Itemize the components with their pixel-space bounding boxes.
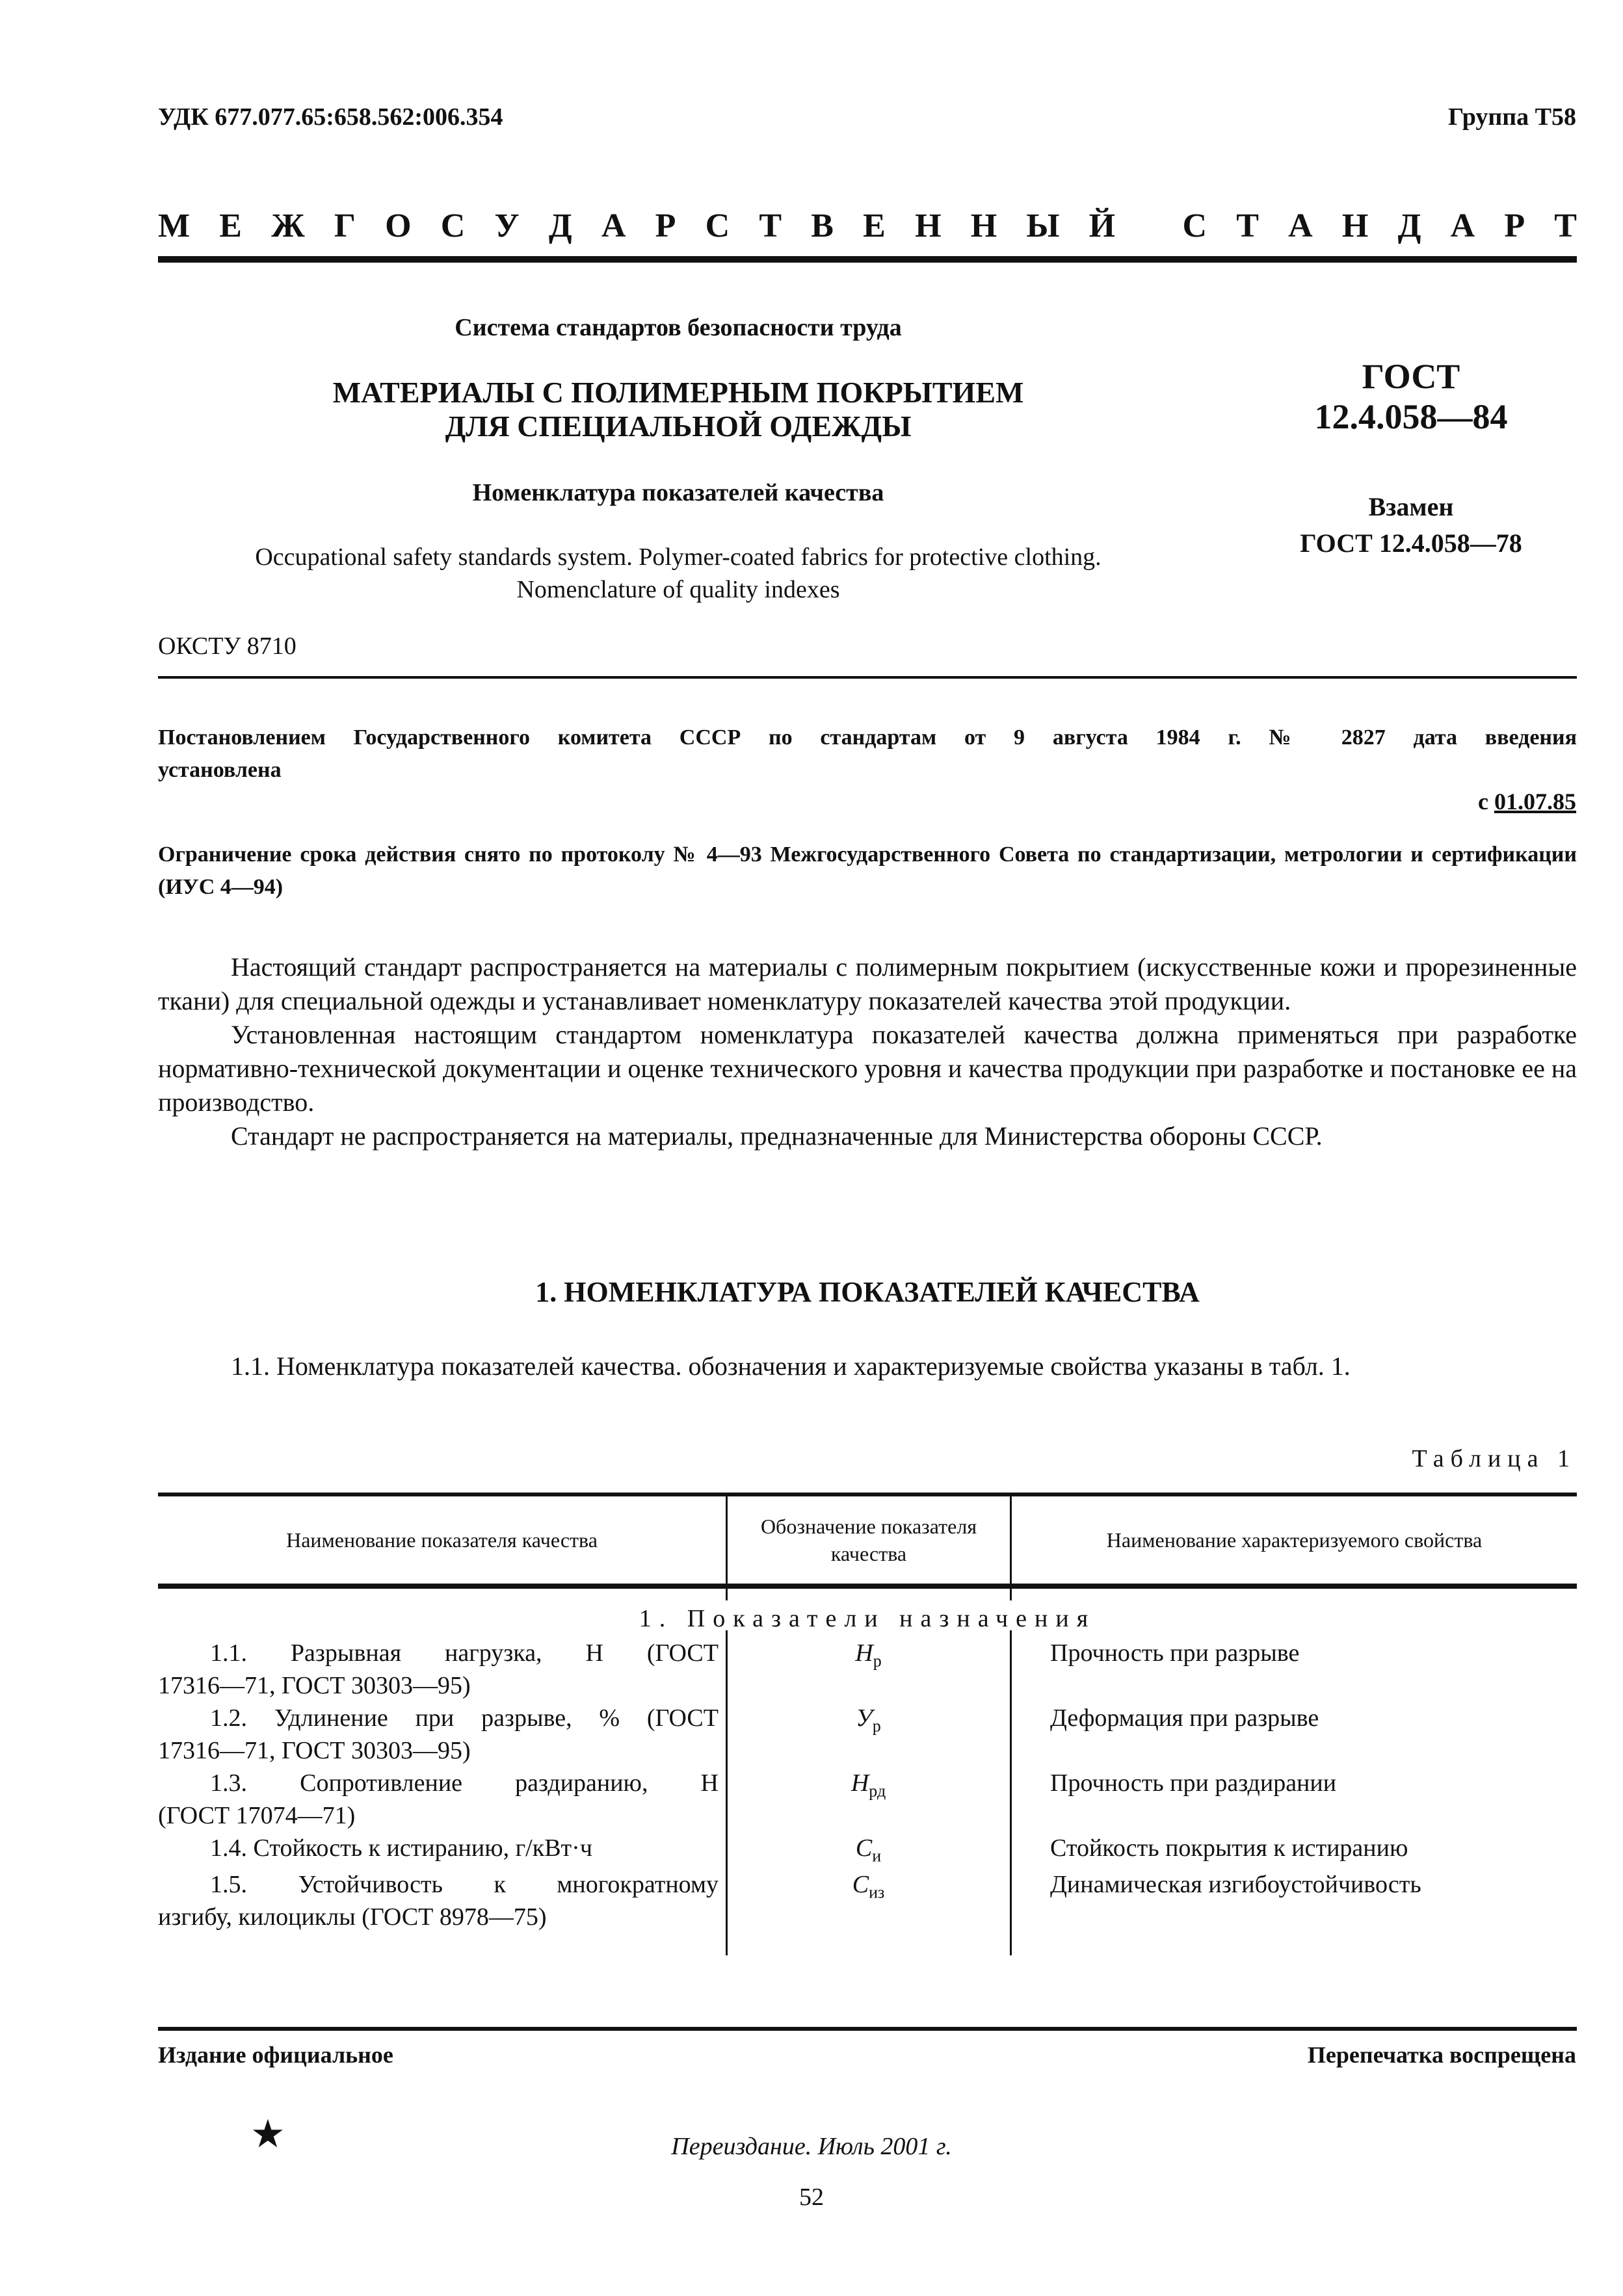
decree-line-1: Постановлением Государственного комитета… (158, 722, 1577, 754)
property-name: Прочность при раздирании (1050, 1767, 1577, 1799)
title-letter (1144, 207, 1153, 245)
table-label: Таблица 1 (1412, 1444, 1576, 1473)
title-letter: Й (1089, 207, 1115, 245)
page-number: 52 (0, 2183, 1623, 2211)
column-divider-2 (1010, 1630, 1012, 1955)
title-letter: Р (655, 207, 676, 245)
header-property-name: Наименование характеризуемого свойства (1012, 1496, 1577, 1584)
indicator-name: 1.2. Удлинение при разрыве, % (ГОСТ 1731… (158, 1702, 719, 1767)
title-line-2: ДЛЯ СПЕЦИАЛЬНОЙ ОДЕЖДЫ (158, 410, 1198, 443)
indicator-name: 1.1. Разрывная нагрузка, Н (ГОСТ 17316—7… (158, 1637, 719, 1702)
table-header-rule (158, 1584, 1577, 1589)
title-letter: А (1288, 207, 1313, 245)
replaces-number: ГОСТ 12.4.058—78 (1222, 525, 1600, 562)
title-letter: Н (1342, 207, 1368, 245)
indicator-symbol: Нрд (727, 1767, 1010, 1808)
title-letter: М (158, 207, 190, 245)
title-letter: Т (1554, 207, 1577, 245)
group-code: Группа Т58 (1448, 103, 1576, 131)
title-letter: А (1451, 207, 1475, 245)
property-name: Динамическая изгибоустойчивость (1050, 1868, 1577, 1901)
document-title: МАТЕРИАЛЫ С ПОЛИМЕРНЫМ ПОКРЫТИЕМ ДЛЯ СПЕ… (158, 376, 1198, 443)
english-title-line-1: Occupational safety standards system. Po… (158, 541, 1198, 573)
reissue-note: Переиздание. Июль 2001 г. (0, 2132, 1623, 2161)
reprint-prohibited-label: Перепечатка воспрещена (1308, 2041, 1576, 2068)
quality-indicators-table: Наименование показателя качества Обознач… (158, 1493, 1577, 1961)
document-subtitle: Номенклатура показателей качества (158, 478, 1198, 507)
title-block-rule (158, 676, 1577, 679)
title-letter: Д (1398, 207, 1421, 245)
oksty-code: ОКСТУ 8710 (158, 632, 297, 660)
intro-paragraph-1: Настоящий стандарт распространяется на м… (158, 950, 1577, 1018)
paragraph-1-1-text: 1.1. Номенклатура показателей качества. … (158, 1350, 1577, 1383)
indicator-symbol: Ур (727, 1702, 1010, 1743)
gost-label: ГОСТ (1222, 356, 1600, 397)
title-letter: Г (334, 207, 356, 245)
gost-number: 12.4.058—84 (1222, 397, 1600, 437)
title-letter: Т (759, 207, 782, 245)
title-letter: Н (971, 207, 997, 245)
indicator-symbol: Нр (727, 1637, 1010, 1678)
effective-date-value: 01.07.85 (1494, 789, 1576, 815)
title-letter: С (1183, 207, 1207, 245)
indicator-name: 1.3. Сопротивление раздиранию, Н (ГОСТ 1… (158, 1767, 719, 1832)
title-letter: Д (549, 207, 572, 245)
title-letter: В (811, 207, 834, 245)
title-letter: Е (219, 207, 242, 245)
title-letter: А (601, 207, 626, 245)
title-letter: Ж (271, 207, 304, 245)
gost-designation: ГОСТ 12.4.058—84 (1222, 356, 1600, 437)
header-indicator-name: Наименование показателя качества (158, 1496, 726, 1584)
indicator-name: 1.4. Стойкость к истиранию, г/кВт·ч (158, 1832, 719, 1864)
official-edition-label: Издание официальное (158, 2041, 393, 2068)
title-letter: Р (1504, 207, 1525, 245)
title-line-1: МАТЕРИАЛЫ С ПОЛИМЕРНЫМ ПОКРЫТИЕМ (158, 376, 1198, 410)
validity-limit-text: Ограничение срока действия снято по прот… (158, 839, 1577, 904)
indicator-name: 1.5. Устойчивость к многократному изгибу… (158, 1868, 719, 1933)
effective-date: с 01.07.85 (1478, 788, 1576, 815)
english-title-line-2: Nomenclature of quality indexes (158, 573, 1198, 606)
title-letter: О (385, 207, 411, 245)
intro-paragraph-2: Установленная настоящим стандартом номен… (158, 1018, 1577, 1119)
standard-type-title: МЕЖГОСУДАРСТВЕННЫЙ СТАНДАРТ (158, 207, 1577, 245)
title-letter: Т (1236, 207, 1259, 245)
title-letter: Ы (1026, 207, 1059, 245)
decree-line-2: установлена (158, 754, 1577, 787)
title-letter: С (706, 207, 730, 245)
replaces-block: Взамен ГОСТ 12.4.058—78 (1222, 489, 1600, 562)
paragraph-1-1: 1.1. Номенклатура показателей качества. … (158, 1350, 1577, 1383)
english-title: Occupational safety standards system. Po… (158, 541, 1198, 606)
indicator-symbol: Сиз (727, 1868, 1010, 1909)
property-name: Деформация при разрыве (1050, 1702, 1577, 1734)
intro-text: Настоящий стандарт распространяется на м… (158, 950, 1577, 1153)
header-indicator-symbol: Обозначение показателя качества (728, 1496, 1010, 1584)
footer-rule (158, 2027, 1577, 2031)
property-name: Стойкость покрытия к истиранию (1050, 1832, 1577, 1864)
section-heading: 1. НОМЕНКЛАТУРА ПОКАЗАТЕЛЕЙ КАЧЕСТВА (158, 1275, 1577, 1309)
property-name: Прочность при разрыве (1050, 1637, 1577, 1669)
indicator-symbol: Си (727, 1832, 1010, 1873)
title-letter: С (441, 207, 466, 245)
standards-system: Система стандартов безопасности труда (158, 313, 1198, 342)
title-letter: У (495, 207, 520, 245)
title-letter: Н (915, 207, 941, 245)
decree-text: Постановлением Государственного комитета… (158, 722, 1577, 787)
replaces-label: Взамен (1222, 489, 1600, 525)
title-letter: Е (863, 207, 886, 245)
udk-code: УДК 677.077.65:658.562:006.354 (158, 103, 503, 131)
effective-date-prefix: с (1478, 789, 1488, 815)
group-title-purpose-indicators: 1. Показатели назначения (158, 1604, 1577, 1633)
header-rule (158, 256, 1577, 263)
intro-paragraph-3: Стандарт не распространяется на материал… (158, 1119, 1577, 1153)
